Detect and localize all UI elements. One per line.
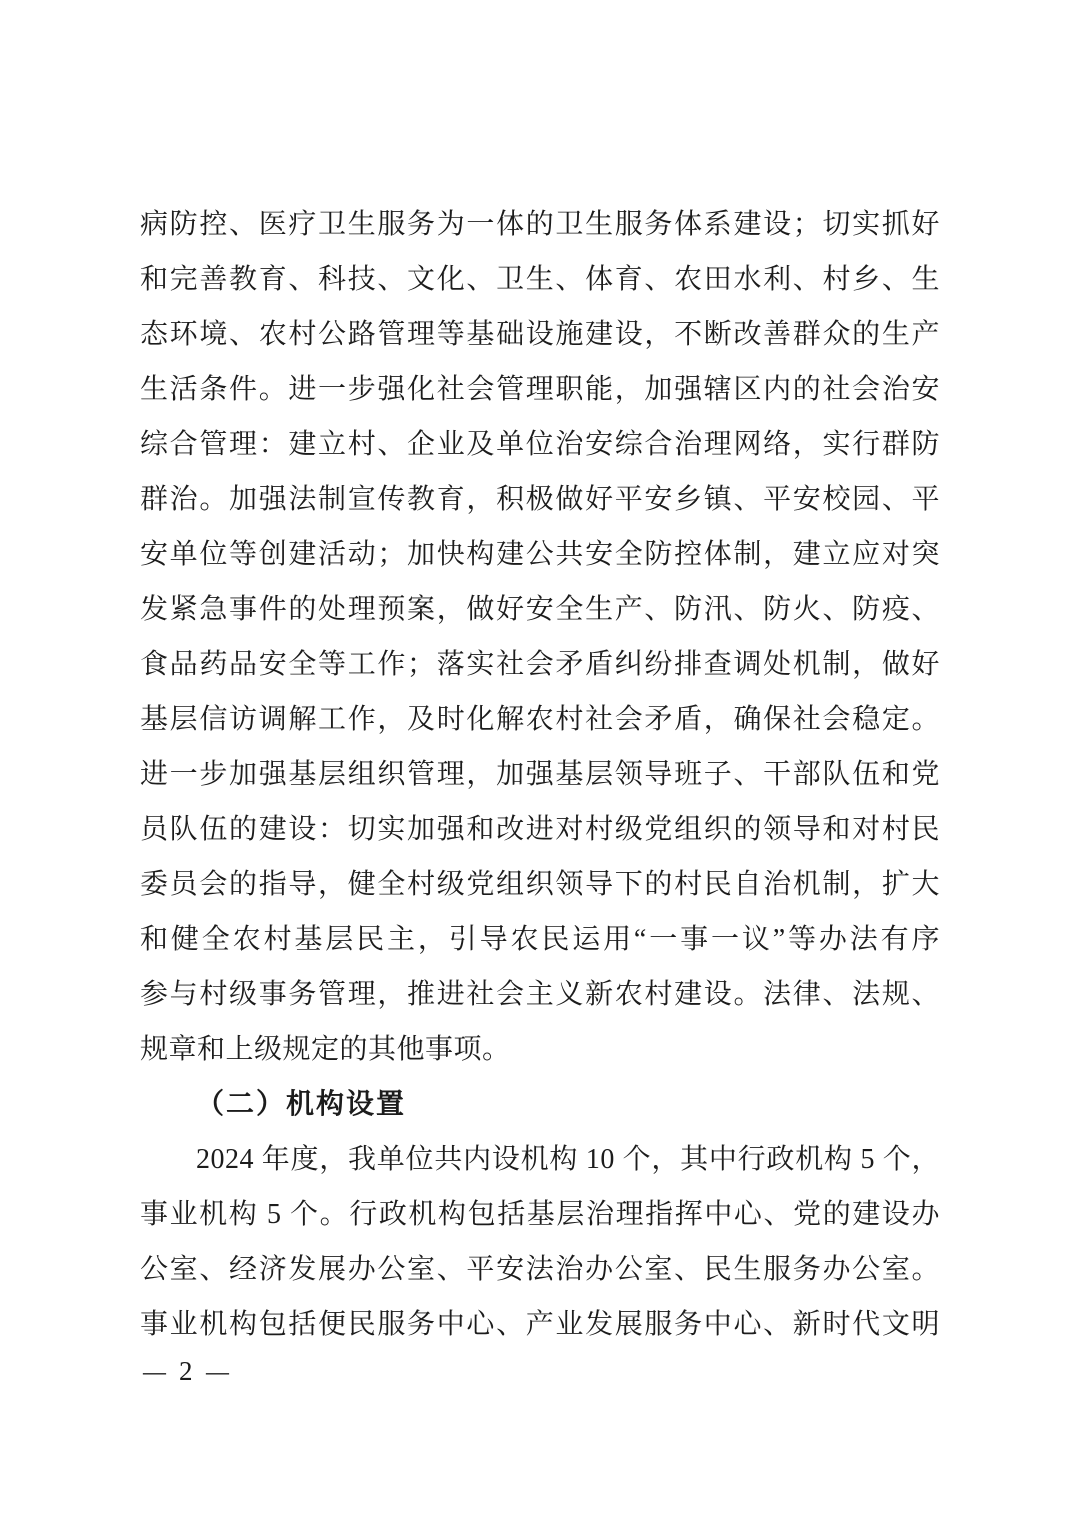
document-body: 病防控、医疗卫生服务为一体的卫生服务体系建设；切实抓好 和完善教育、科技、文化、… (140, 197, 940, 1352)
text-line: 和完善教育、科技、文化、卫生、体育、农田水利、村乡、生 (140, 252, 940, 307)
text-line: 态环境、农村公路管理等基础设施建设，不断改善群众的生产 (140, 307, 940, 362)
text-line: 基层信访调解工作，及时化解农村社会矛盾，确保社会稳定。 (140, 692, 940, 747)
text-line: 参与村级事务管理，推进社会主义新农村建设。法律、法规、 (140, 967, 940, 1022)
document-page: 病防控、医疗卫生服务为一体的卫生服务体系建设；切实抓好 和完善教育、科技、文化、… (0, 0, 1074, 1520)
footer-right-dash: — (206, 1356, 229, 1387)
text-line: 事业机构包括便民服务中心、产业发展服务中心、新时代文明 (140, 1297, 940, 1352)
text-line: 委员会的指导，健全村级党组织领导下的村民自治机制，扩大 (140, 857, 940, 912)
page-number: 2 (179, 1356, 193, 1387)
text-line: 进一步加强基层组织管理，加强基层领导班子、干部队伍和党 (140, 747, 940, 802)
text-line: 安单位等创建活动；加快构建公共安全防控体制，建立应对突 (140, 527, 940, 582)
text-line: 规章和上级规定的其他事项。 (140, 1022, 940, 1077)
text-line: 病防控、医疗卫生服务为一体的卫生服务体系建设；切实抓好 (140, 197, 940, 252)
text-line: 公室、经济发展办公室、平安法治办公室、民生服务办公室。 (140, 1242, 940, 1297)
footer-left-dash: — (143, 1356, 166, 1387)
text-line: 事业机构 5 个。行政机构包括基层治理指挥中心、党的建设办 (140, 1187, 940, 1242)
text-line: 员队伍的建设：切实加强和改进对村级党组织的领导和对村民 (140, 802, 940, 857)
text-line: 食品药品安全等工作；落实社会矛盾纠纷排查调处机制，做好 (140, 637, 940, 692)
text-line: 生活条件。进一步强化社会管理职能，加强辖区内的社会治安 (140, 362, 940, 417)
text-line: 综合管理：建立村、企业及单位治安综合治理网络，实行群防 (140, 417, 940, 472)
section-heading: （二）机构设置 (140, 1077, 940, 1132)
text-line: 和健全农村基层民主，引导农民运用“一事一议”等办法有序 (140, 912, 940, 967)
text-line: 群治。加强法制宣传教育，积极做好平安乡镇、平安校园、平 (140, 472, 940, 527)
text-line: 2024 年度，我单位共内设机构 10 个，其中行政机构 5 个， (140, 1132, 940, 1187)
text-line: 发紧急事件的处理预案，做好安全生产、防汛、防火、防疫、 (140, 582, 940, 637)
page-footer: — 2 — (141, 1356, 231, 1387)
